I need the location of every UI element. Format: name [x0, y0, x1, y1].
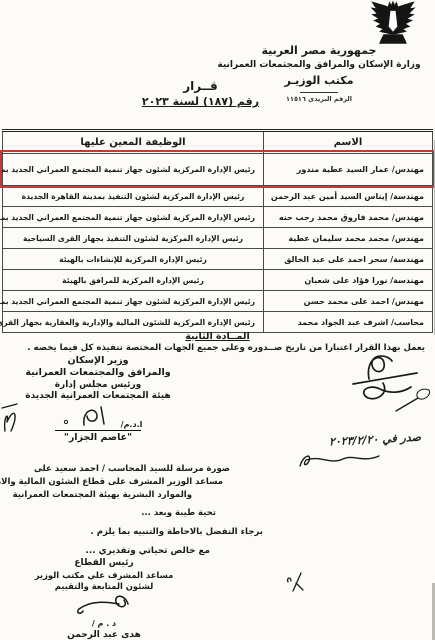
appointee-position: رئيس الإدارة المركزية لشئون التنفيذ بمدي…: [3, 186, 264, 207]
table-row: مهندسة/ نورا فؤاد على شعبان رئيس الإدارة…: [3, 270, 433, 291]
copy-note-line: مساعد الوزير المشرف على قطاع الشئون الما…: [0, 476, 223, 489]
appointee-name: مهندسة/ إيناس السيد أمين عبد الرحمن: [264, 186, 433, 207]
ministry-name: وزارة الإسكان والمرافق والمجتمعات العمرا…: [203, 60, 435, 71]
decree-title-block: قــرار رقم (١٨٧) لسنة ٢٠٢٣: [118, 79, 283, 108]
table-row: مهندس/ محمد فاروق محمد رجب حنه رئيس الإد…: [3, 207, 433, 228]
minister-name: "عاصم الجزار": [14, 432, 182, 444]
appointee-position: رئيس الإدارة المركزية لشئون التنفيذ بجها…: [3, 228, 264, 249]
minister-signatory-block: وزير الإسكان والمرافق والمجتمعات العمران…: [14, 355, 182, 444]
table-row: مهندس/ محمد محمد سليمان عطية رئيس الإدار…: [3, 228, 433, 249]
copy-note-line: والموارد البشرية بهيئة المجتمعات العمران…: [0, 489, 192, 502]
sector-head-signatory-block: رئيس القطاع مساعد المشرف علي مكتب الوزير…: [28, 558, 180, 640]
signatory-prefix: ا.د.م/: [121, 420, 143, 430]
col-header-position: الوظيفة المعين عليها: [3, 131, 264, 154]
signature-row: ا.د.م/: [14, 404, 182, 430]
date-signature-scribble-icon: [295, 451, 383, 473]
signatory-title-line: والمرافق والمجتمعات العمرانية: [14, 367, 182, 379]
article-two-title: المــادة الثانية: [0, 331, 435, 342]
table-row: مهندسة/ إيناس السيد أمين عبد الرحمن رئيس…: [3, 186, 433, 207]
table-row: محاسب/ اشرف عبد الجواد محمد رئيس الإدارة…: [3, 312, 433, 333]
table-row: مهندس/ احمد على محمد حسن رئيس الإدارة ال…: [3, 291, 433, 312]
table-row: مهندس/ عمار السيد عطية مندور رئيس الإدار…: [3, 154, 433, 186]
greeting-line: تحية طيبة وبعد ...: [0, 507, 216, 520]
appointee-name: مهندسة/ سحر احمد على عبد الخالق: [264, 249, 433, 270]
minister-small-signature-icon: [54, 404, 118, 430]
table-header-row: الاسم الوظيفة المعين عليها: [3, 131, 433, 154]
appointee-name: مهندسة/ نورا فؤاد على شعبان: [264, 270, 433, 291]
egypt-eagle-emblem: [367, 0, 419, 46]
appointee-position: رئيس الإدارة المركزية للشئون المالية وال…: [3, 312, 264, 333]
appointee-name: مهندس/ محمد محمد سليمان عطية: [264, 228, 433, 249]
initial-mark-icon: [283, 570, 309, 596]
request-line: برجاء التفضل بالاحاطة والتنبيه بما يلزم …: [90, 527, 263, 537]
sector-head-name: هدى عبد الرحمن: [28, 630, 180, 640]
table-row: مهندسة/ سحر احمد على عبد الخالق رئيس الإ…: [3, 249, 433, 270]
country-name: جمهورية مصر العربية: [203, 44, 435, 58]
decree-number: رقم (١٨٧) لسنة ٢٠٢٣: [118, 95, 283, 108]
signature-underline: [55, 430, 141, 431]
appointee-position: رئيس الإدارة المركزية لشئون جهاز تنمية ا…: [3, 291, 264, 312]
sector-head-signature-icon: [71, 592, 137, 616]
appointee-name: مهندس/ عمار السيد عطية مندور: [264, 154, 433, 186]
closing-line: مع خالص تحياتي وتقديري ...: [86, 546, 210, 556]
appointee-position: رئيس الإدارة المركزية للإنشاءات بالهيئة: [3, 249, 264, 270]
sector-head-title: لشئون المتابعة والتقييم: [28, 581, 180, 592]
scanned-decree-page: جمهورية مصر العربية وزارة الإسكان والمرا…: [0, 0, 435, 640]
col-header-name: الاسم: [264, 131, 433, 154]
copy-note-line: صورة مرسلة للسيد المحاسب / احمد سعيد على: [0, 463, 230, 476]
appointee-name: مهندس/ احمد على محمد حسن: [264, 291, 433, 312]
appointee-position: رئيس الإدارة المركزية لشئون جهاز تنمية ا…: [3, 207, 264, 228]
sector-head-prefix: د . م /: [28, 619, 180, 629]
appointee-position: رئيس الإدارة المركزية للمرافق بالهيئة: [3, 270, 264, 291]
appointee-name: مهندس/ محمد فاروق محمد رجب حنه: [264, 207, 433, 228]
signatory-title-line: ورئيس مجلس إدارة: [14, 380, 182, 392]
appointments-table: الاسم الوظيفة المعين عليها مهندس/ عمار ا…: [2, 129, 433, 333]
letterhead-divider: [300, 92, 338, 93]
appointee-name: محاسب/ اشرف عبد الجواد محمد: [264, 312, 433, 333]
signatory-title-line: وزير الإسكان: [14, 355, 182, 367]
decree-word: قــرار: [118, 79, 283, 93]
sector-head-title: مساعد المشرف علي مكتب الوزير: [28, 570, 180, 581]
pen-flourish-icon: [390, 386, 435, 414]
handwritten-issue-date: صدر في ٢٠٢٣/٢/٢٠: [329, 431, 421, 449]
appointee-position: رئيس الإدارة المركزية لشئون جهاز تنمية ا…: [3, 154, 264, 186]
margin-scribble-icon: [0, 400, 24, 436]
signatory-title-line: هيئة المجتمعات العمرانية الجديدة: [14, 391, 182, 403]
copy-note-block: صورة مرسلة للسيد المحاسب / احمد سعيد على…: [0, 463, 230, 520]
sector-head-title: رئيس القطاع: [28, 558, 180, 570]
